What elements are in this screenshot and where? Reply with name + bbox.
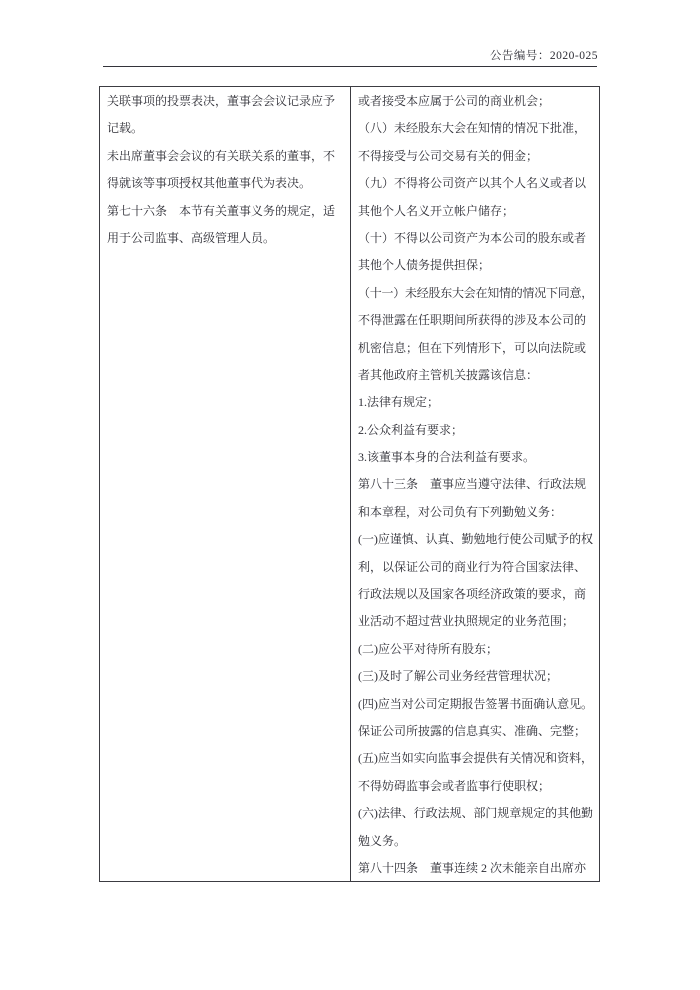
text-line: (三)及时了解公司业务经营管理状况； bbox=[358, 663, 593, 690]
text-line: 第八十四条 董事连续 2 次未能亲自出席亦 bbox=[358, 855, 593, 881]
text-line: 利，以保证公司的商业行为符合国家法律、 bbox=[358, 554, 593, 581]
text-line: 第七十六条 本节有关董事义务的规定，适 bbox=[107, 198, 344, 225]
text-line: 3.该董事本身的合法利益有要求。 bbox=[358, 444, 593, 471]
text-line: 不得妨碍监事会或者监事行使职权； bbox=[358, 773, 593, 800]
text-line: 不得接受与公司交易有关的佣金； bbox=[358, 143, 593, 170]
text-line: 其他个人名义开立帐户储存； bbox=[358, 198, 593, 225]
table-cell-left: 关联事项的投票表决，董事会会议记录应予记载。未出席董事会会议的有关联关系的董事，… bbox=[100, 87, 351, 881]
text-line: 和本章程，对公司负有下列勤勉义务： bbox=[358, 499, 593, 526]
text-line: (六)法律、行政法规、部门规章规定的其他勤 bbox=[358, 800, 593, 827]
text-line: 行政法规以及国家各项经济政策的要求，商 bbox=[358, 581, 593, 608]
text-line: 保证公司所披露的信息真实、准确、完整； bbox=[358, 718, 593, 745]
text-line: (二)应公平对待所有股东； bbox=[358, 636, 593, 663]
text-line: (一)应谨慎、认真、勤勉地行使公司赋予的权 bbox=[358, 526, 593, 553]
announcement-number: 公告编号：2020-025 bbox=[490, 47, 598, 63]
text-line: 机密信息；但在下列情形下，可以向法院或 bbox=[358, 335, 593, 362]
text-line: （十一）未经股东大会在知情的情况下同意， bbox=[358, 280, 593, 307]
text-line: 关联事项的投票表决，董事会会议记录应予 bbox=[107, 88, 344, 115]
text-line: 业活动不超过营业执照规定的业务范围； bbox=[358, 608, 593, 635]
text-line: （九）不得将公司资产以其个人名义或者以 bbox=[358, 170, 593, 197]
text-line: 第八十三条 董事应当遵守法律、行政法规 bbox=[358, 471, 593, 498]
articles-table: 关联事项的投票表决，董事会会议记录应予记载。未出席董事会会议的有关联关系的董事，… bbox=[99, 86, 600, 882]
text-line: 2.公众利益有要求； bbox=[358, 417, 593, 444]
text-line: （八）未经股东大会在知情的情况下批准， bbox=[358, 115, 593, 142]
text-line: 其他个人债务提供担保； bbox=[358, 252, 593, 279]
text-line: 者其他政府主管机关披露该信息： bbox=[358, 362, 593, 389]
text-line: 用于公司监事、高级管理人员。 bbox=[107, 225, 344, 252]
text-line: 1.法律有规定； bbox=[358, 389, 593, 416]
text-line: 未出席董事会会议的有关联关系的董事，不 bbox=[107, 143, 344, 170]
text-line: 或者接受本应属于公司的商业机会； bbox=[358, 88, 593, 115]
text-line: （十）不得以公司资产为本公司的股东或者 bbox=[358, 225, 593, 252]
text-line: 得就该等事项授权其他董事代为表决。 bbox=[107, 170, 344, 197]
header-divider-line bbox=[103, 66, 597, 67]
text-line: (五)应当如实向监事会提供有关情况和资料， bbox=[358, 745, 593, 772]
text-line: (四)应当对公司定期报告签署书面确认意见。 bbox=[358, 691, 593, 718]
text-line: 勉义务。 bbox=[358, 828, 593, 855]
text-line: 不得泄露在任职期间所获得的涉及本公司的 bbox=[358, 307, 593, 334]
text-line: 记载。 bbox=[107, 115, 344, 142]
table-cell-right: 或者接受本应属于公司的商业机会；（八）未经股东大会在知情的情况下批准，不得接受与… bbox=[351, 87, 599, 881]
